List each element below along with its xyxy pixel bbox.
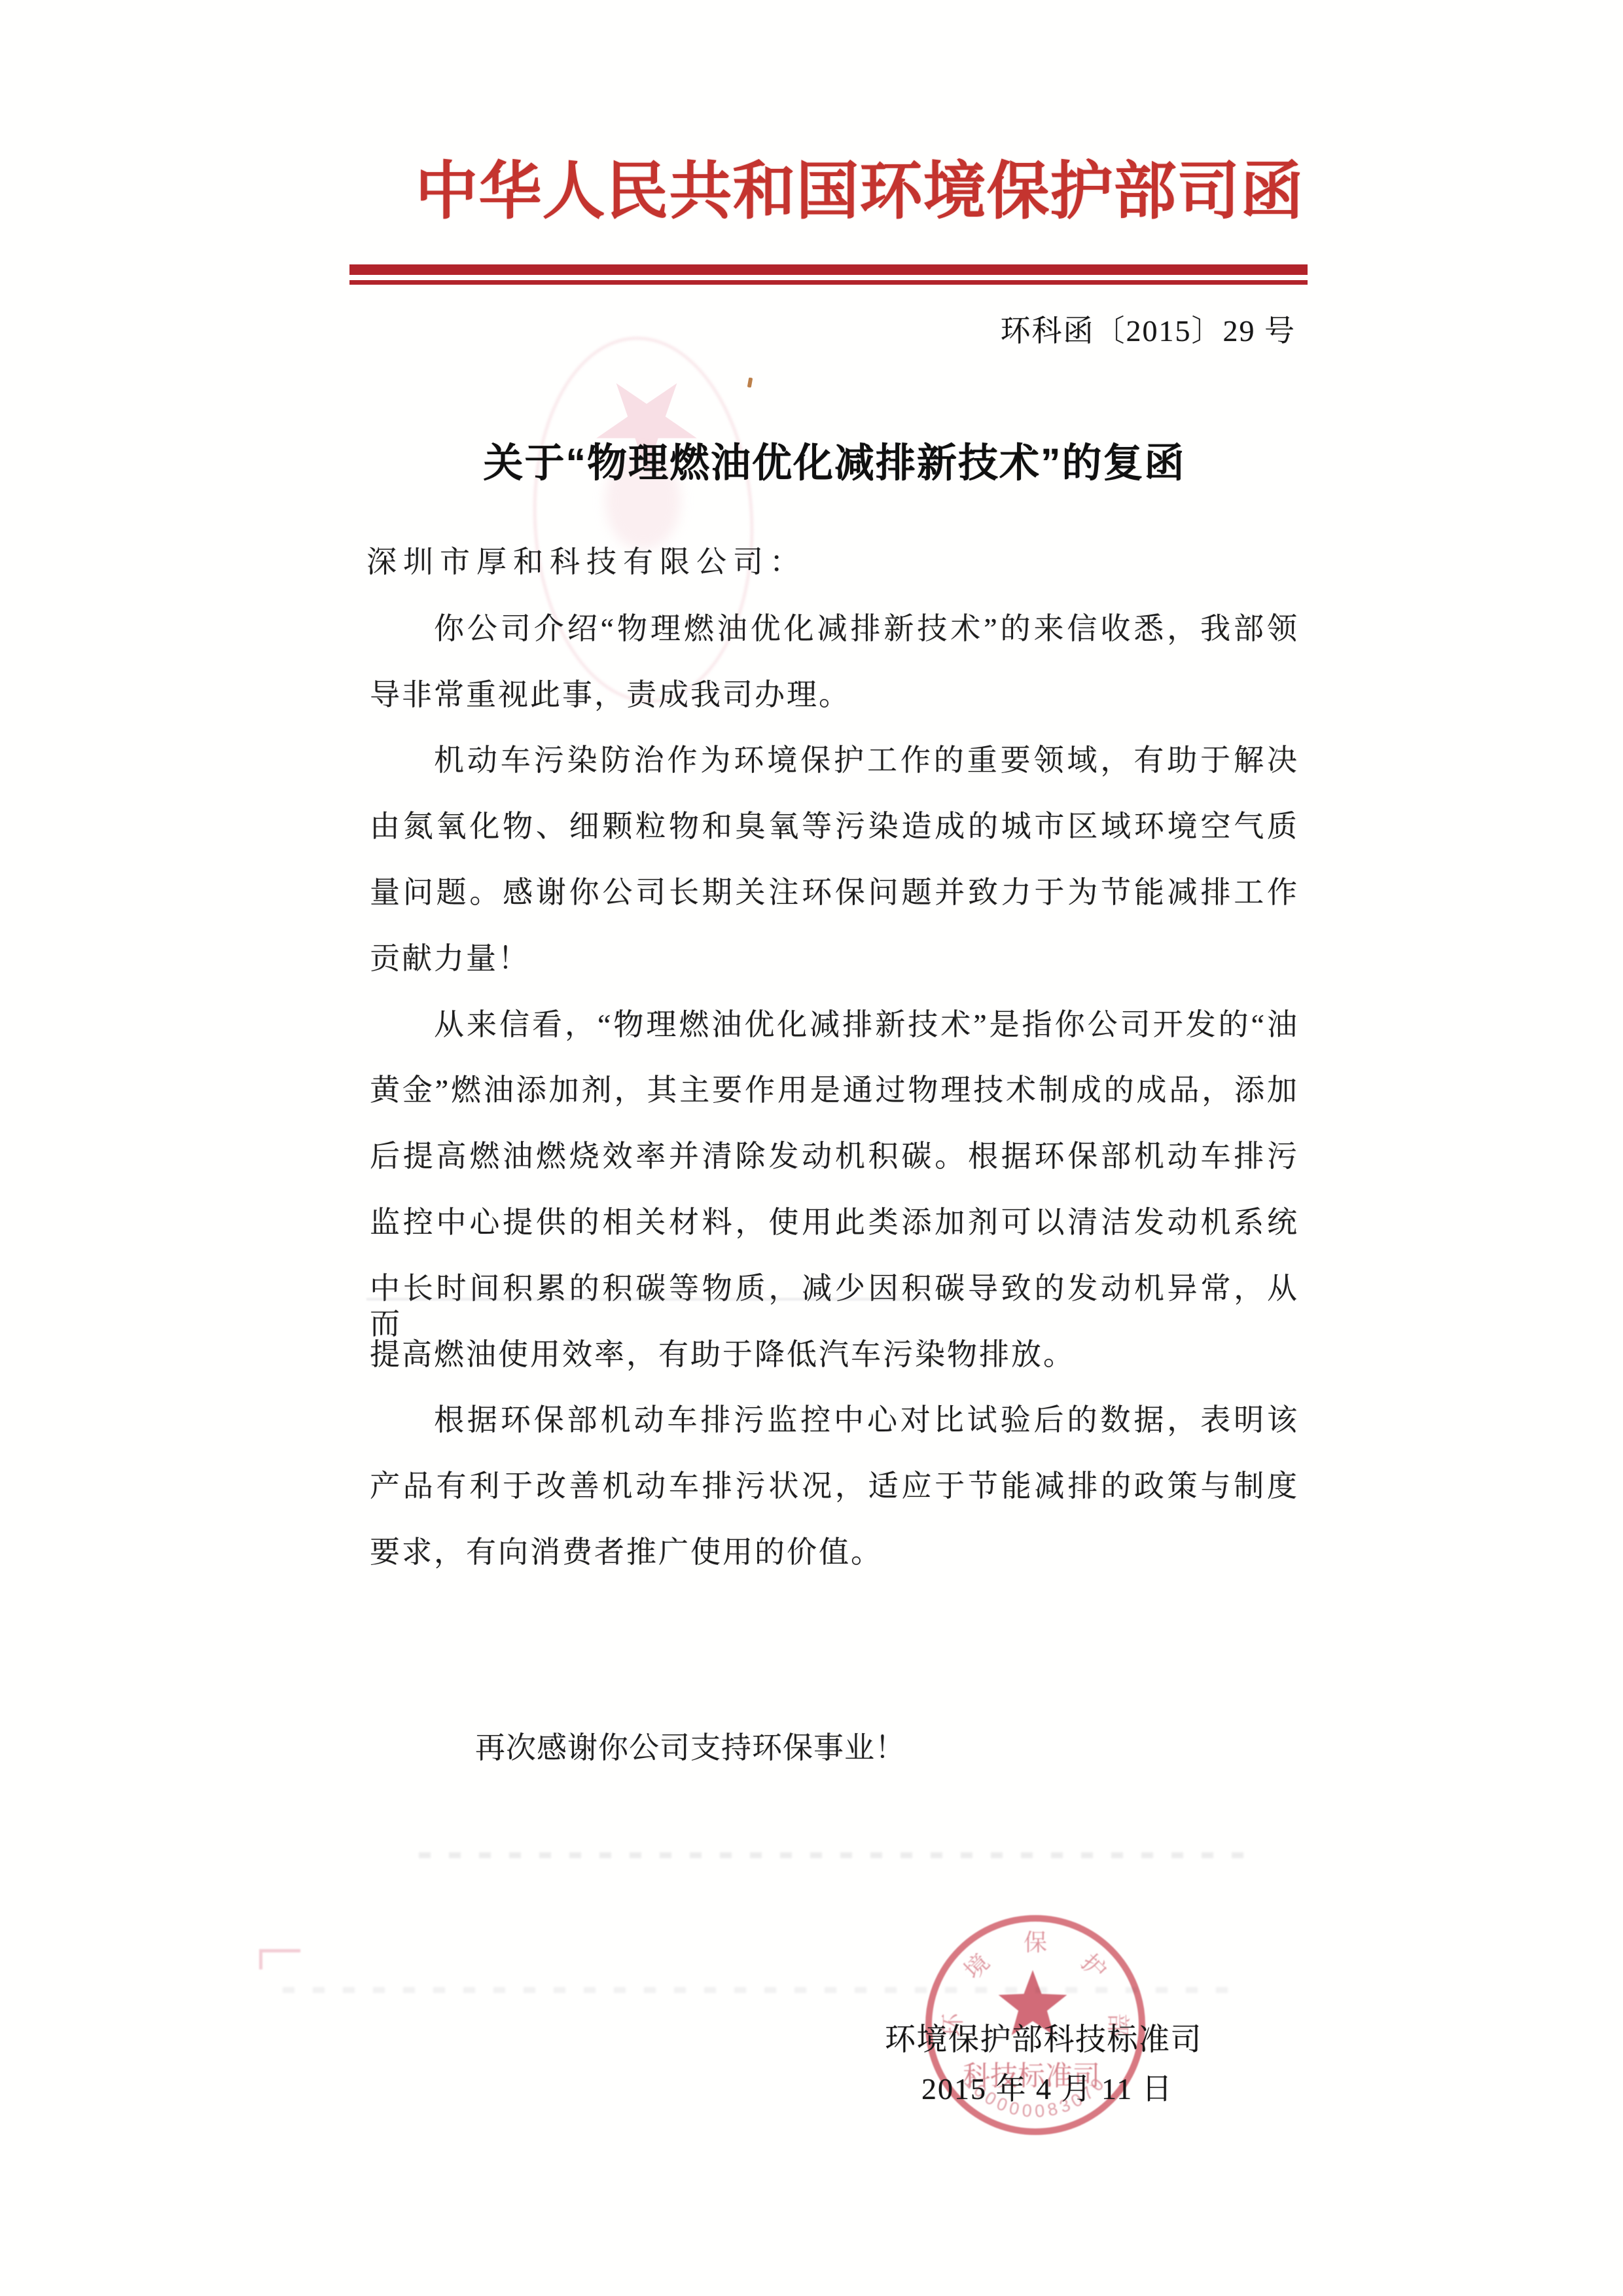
- body-line: 导非常重视此事，责成我司办理。: [370, 677, 1299, 713]
- letter-title: 关于“物理燃油优化减排新技术”的复函: [370, 440, 1299, 486]
- body-line: 后提高燃油燃烧效率并清除发动机积碳。根据环保部机动车排污: [370, 1139, 1299, 1174]
- body-line: 量问题。感谢你公司长期关注环保问题并致力于为节能减排工作: [370, 875, 1299, 910]
- body-line: 监控中心提供的相关材料，使用此类添加剂可以清洁发动机系统: [370, 1205, 1299, 1240]
- svg-text:护: 护: [1076, 1949, 1111, 1984]
- scan-artifact-pink-mark: [259, 1949, 300, 1969]
- red-rule-thick: [349, 264, 1308, 275]
- body-line: 由氮氧化物、细颗粒物和臭氧等污染造成的城市区域环境空气质: [370, 809, 1299, 844]
- signature-date: 2015 年 4 月 11 日: [921, 2072, 1173, 2107]
- body-line: 机动车污染防治作为环境保护工作的重要领域，有助于解决: [370, 743, 1299, 778]
- body-line: 从来信看，“物理燃油优化减排新技术”是指你公司开发的“油: [370, 1007, 1299, 1043]
- body-line: 提高燃油使用效率，有助于降低汽车污染物排放。: [370, 1337, 1299, 1372]
- scan-bleed-row: [419, 1852, 1250, 1858]
- scanned-letter-page: 中华人民共和国环境保护部司函 环科函〔2015〕29 号 关于“物理燃油优化减排…: [0, 0, 1623, 2296]
- scan-speck: [747, 378, 753, 388]
- body-line: 黄金”燃油添加剂，其主要作用是通过物理技术制成的成品，添加: [370, 1073, 1299, 1108]
- body-line: 根据环保部机动车排污监控中心对比试验后的数据，表明该: [370, 1403, 1299, 1438]
- body-line: 中长时间积累的积碳等物质，减少因积碳导致的发动机异常，从而: [370, 1271, 1299, 1342]
- closing-line: 再次感谢你公司支持环保事业！: [475, 1731, 906, 1766]
- red-rule-thin: [349, 280, 1308, 285]
- scan-artifact-line: [366, 1298, 929, 1300]
- body-line: 要求，有向消费者推广使用的价值。: [370, 1535, 1299, 1570]
- body-line: 产品有利于改善机动车排污状况，适应于节能减排的政策与制度: [370, 1469, 1299, 1504]
- salutation: 深圳市厚和科技有限公司：: [366, 545, 806, 580]
- signature-department: 环境保护部科技标准司: [885, 2022, 1202, 2058]
- letterhead-title: 中华人民共和国环境保护部司函: [347, 157, 1340, 226]
- body-line: 贡献力量！: [370, 941, 1299, 977]
- body-line: 你公司介绍“物理燃油优化减排新技术”的来信收悉，我部领: [370, 611, 1299, 647]
- svg-text:保: 保: [1024, 1929, 1047, 1956]
- document-number: 环科函〔2015〕29 号: [929, 313, 1296, 349]
- svg-text:境: 境: [959, 1949, 995, 1984]
